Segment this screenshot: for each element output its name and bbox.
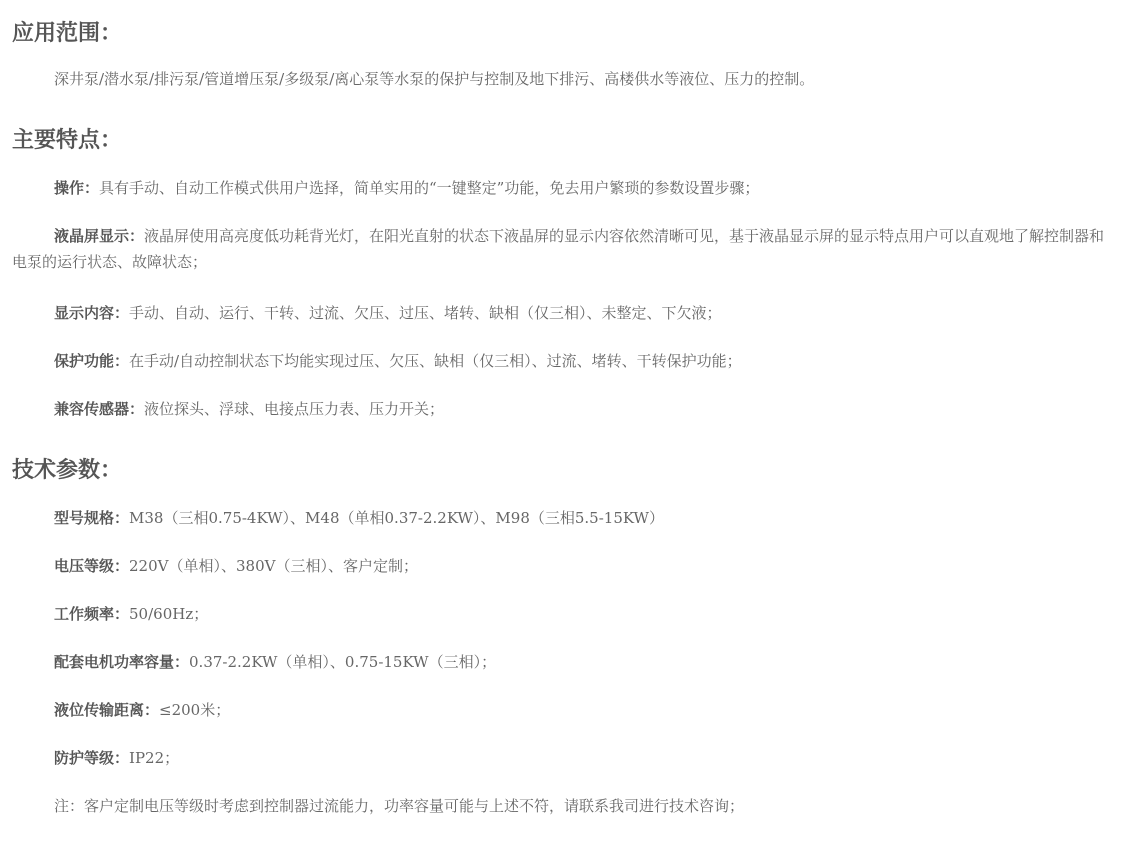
feature-text: 液位探头、浮球、电接点压力表、压力开关； (144, 400, 444, 418)
spec-frequency: 工作频率：50/60Hz； (12, 601, 1117, 627)
spec-label: 电压等级： (54, 557, 129, 575)
spec-model: 型号规格：M38（三相0.75-4KW）、M48（单相0.37-2.2KW）、M… (12, 505, 1117, 531)
feature-text: 手动、自动、运行、干转、过流、欠压、过压、堵转、缺相（仅三相）、未整定、下欠液； (129, 304, 722, 322)
feature-lcd-display: 液晶屏显示：液晶屏使用高亮度低功耗背光灯，在阳光直射的状态下液晶屏的显示内容依然… (12, 223, 1117, 275)
feature-protection: 保护功能：在手动/自动控制状态下均能实现过压、欠压、缺相（仅三相）、过流、堵转、… (12, 348, 1117, 374)
feature-label: 液晶屏显示： (54, 227, 144, 245)
feature-text: 在手动/自动控制状态下均能实现过压、欠压、缺相（仅三相）、过流、堵转、干转保护功… (129, 352, 742, 370)
section-title-technical-parameters: 技术参数： (12, 456, 122, 484)
spec-label: 配套电机功率容量： (54, 653, 189, 671)
application-scope-text: 深井泵/潜水泵/排污泵/管道增压泵/多级泵/离心泵等水泵的保护与控制及地下排污、… (12, 66, 1117, 92)
feature-label: 保护功能： (54, 352, 129, 370)
feature-display-content: 显示内容：手动、自动、运行、干转、过流、欠压、过压、堵转、缺相（仅三相）、未整定… (12, 300, 1117, 326)
spec-motor-power: 配套电机功率容量：0.37-2.2KW（单相）、0.75-15KW（三相）； (12, 649, 1117, 675)
spec-label: 液位传输距离： (54, 701, 159, 719)
spec-value: 50/60Hz； (129, 605, 208, 623)
feature-label: 显示内容： (54, 304, 129, 322)
spec-note: 注：客户定制电压等级时考虑到控制器过流能力，功率容量可能与上述不符，请联系我司进… (12, 793, 1117, 819)
spec-label: 工作频率： (54, 605, 129, 623)
feature-text: 具有手动、自动工作模式供用户选择，简单实用的“一键整定”功能，免去用户繁琐的参数… (99, 179, 759, 197)
spec-transmission-distance: 液位传输距离：≤200米； (12, 697, 1117, 723)
spec-protection-grade: 防护等级：IP22； (12, 745, 1117, 771)
product-spec-document: 应用范围： 深井泵/潜水泵/排污泵/管道增压泵/多级泵/离心泵等水泵的保护与控制… (0, 0, 1129, 842)
feature-label: 兼容传感器： (54, 400, 144, 418)
feature-label: 操作： (54, 179, 99, 197)
spec-label: 防护等级： (54, 749, 129, 767)
feature-text: 液晶屏使用高亮度低功耗背光灯，在阳光直射的状态下液晶屏的显示内容依然清晰可见，基… (12, 227, 1104, 271)
paragraph-text: 深井泵/潜水泵/排污泵/管道增压泵/多级泵/离心泵等水泵的保护与控制及地下排污、… (54, 70, 814, 88)
spec-value: M38（三相0.75-4KW）、M48（单相0.37-2.2KW）、M98（三相… (129, 509, 664, 527)
spec-value: ≤200米； (159, 701, 230, 719)
spec-value: 0.37-2.2KW（单相）、0.75-15KW（三相）； (189, 653, 496, 671)
feature-operation: 操作：具有手动、自动工作模式供用户选择，简单实用的“一键整定”功能，免去用户繁琐… (12, 175, 1117, 201)
spec-label: 型号规格： (54, 509, 129, 527)
spec-voltage: 电压等级：220V（单相）、380V（三相）、客户定制； (12, 553, 1117, 579)
section-title-main-features: 主要特点： (12, 126, 122, 154)
spec-value: 220V（单相）、380V（三相）、客户定制； (129, 557, 418, 575)
section-title-application-scope: 应用范围： (12, 19, 122, 47)
note-text: 注：客户定制电压等级时考虑到控制器过流能力，功率容量可能与上述不符，请联系我司进… (54, 797, 744, 815)
feature-compatible-sensors: 兼容传感器：液位探头、浮球、电接点压力表、压力开关； (12, 396, 1117, 422)
spec-value: IP22； (129, 749, 179, 767)
